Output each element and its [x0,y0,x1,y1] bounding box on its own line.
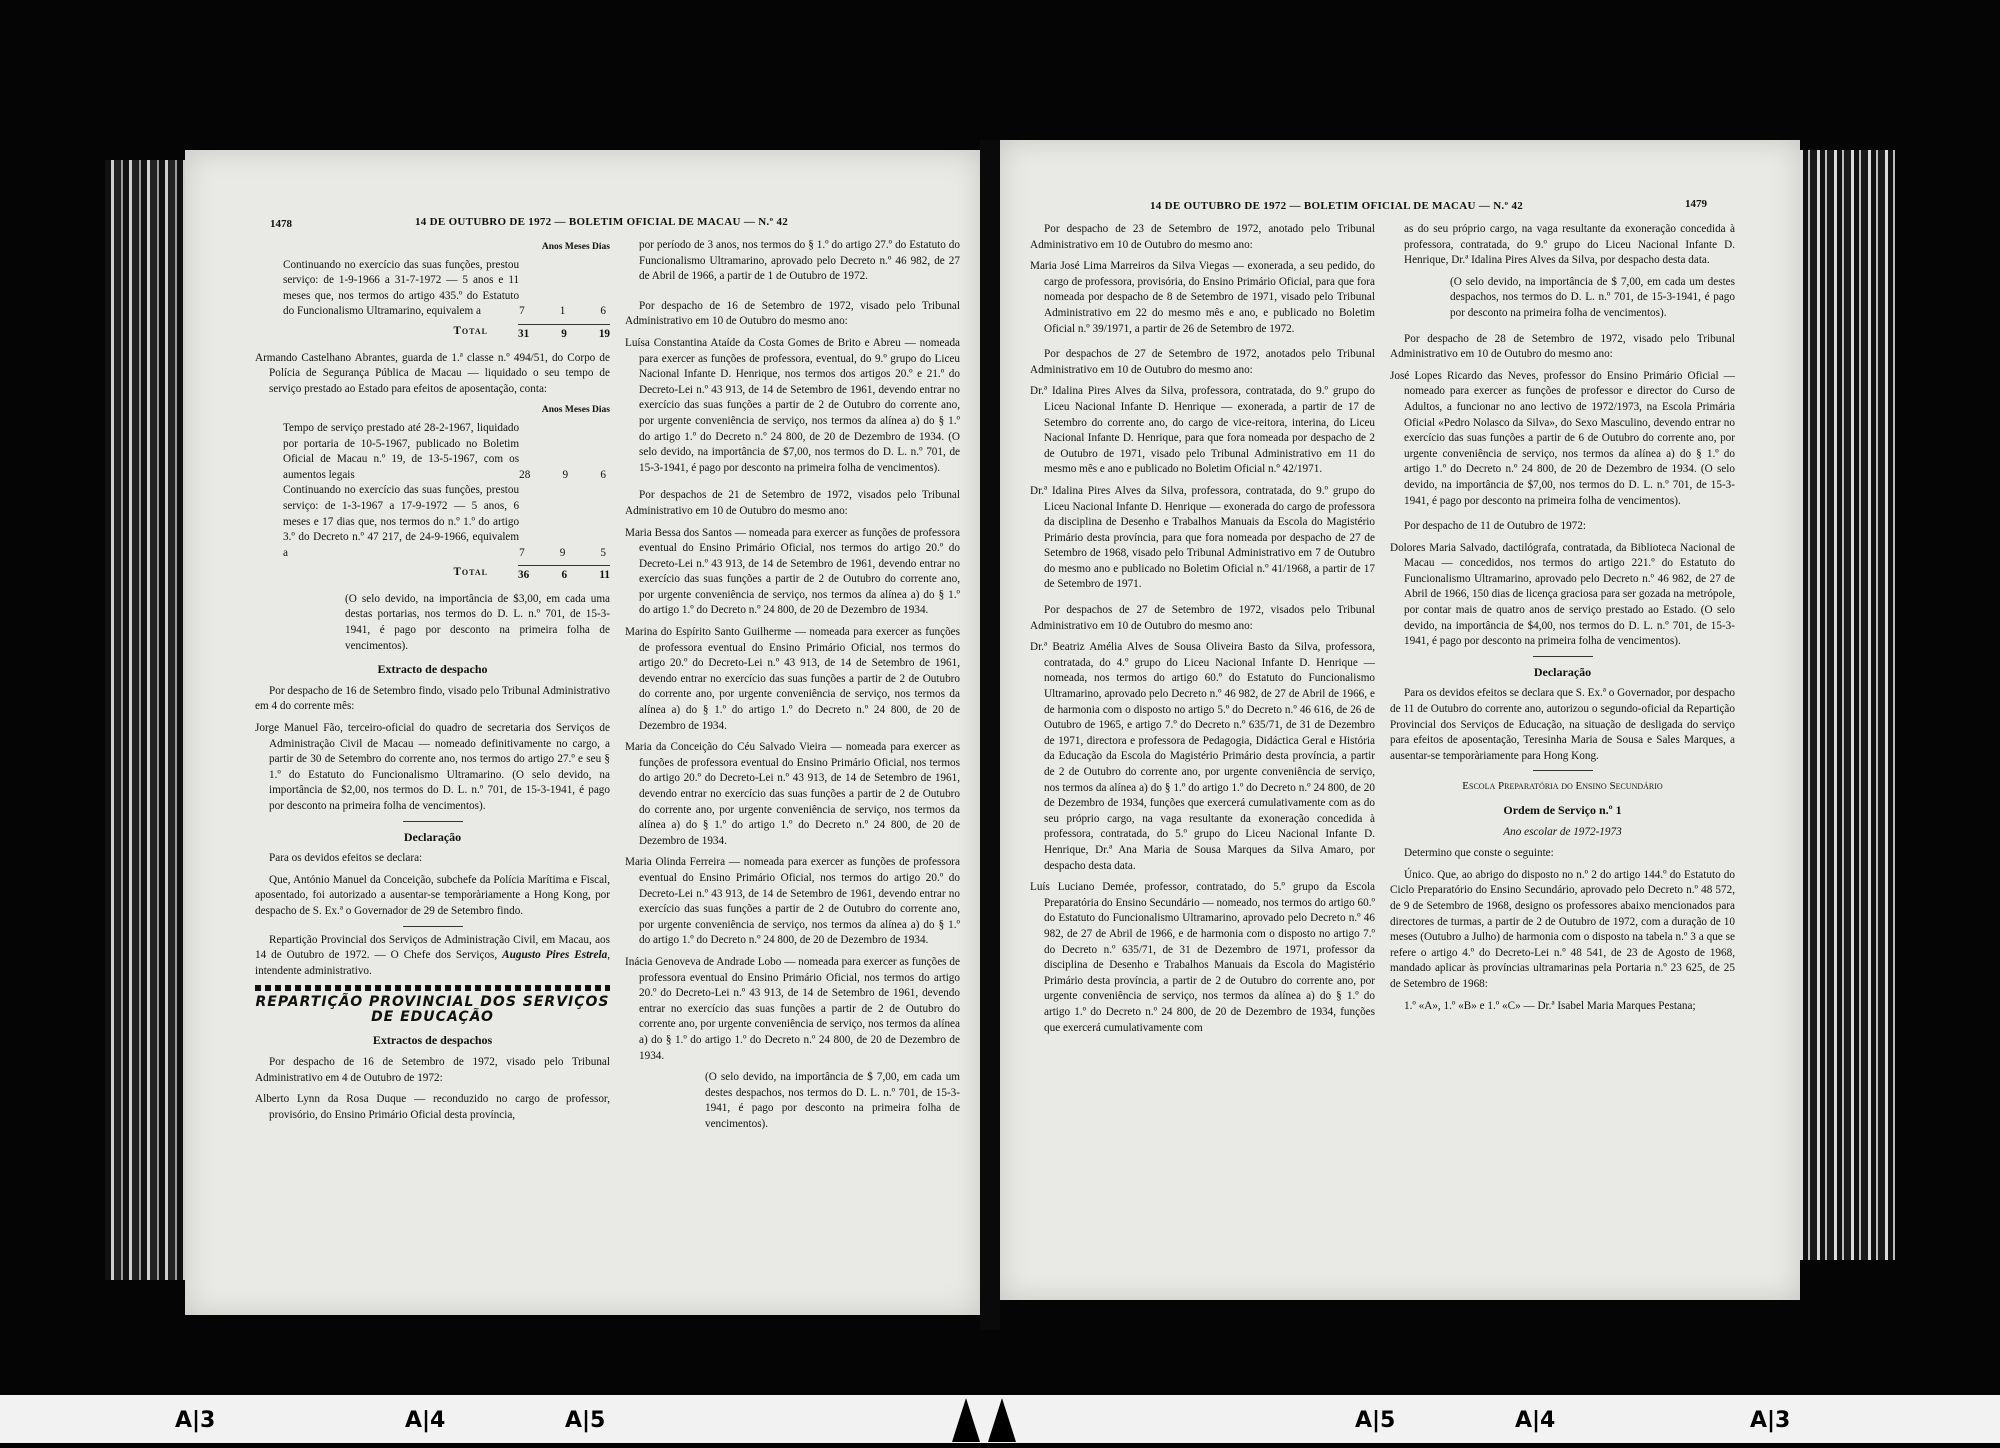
film-mark: A|4 [1515,1408,1555,1433]
section-heading: Declaração [255,830,610,846]
film-mark: A|3 [1750,1408,1790,1433]
entry-beatriz: Dr.ª Beatriz Amélia Alves de Sousa Olive… [1030,640,1375,874]
running-head: 14 DE OUTUBRO DE 1972 — BOLETIM OFICIAL … [1150,200,1523,212]
film-mark: A|5 [1355,1408,1395,1433]
school-heading: Escola Preparatória do Ensino Secundário [1390,779,1735,795]
table-header: Anos Meses Dias [255,403,610,419]
entry-luisa: Luísa Constantina Ataíde da Costa Gomes … [625,336,960,476]
film-mark: A|3 [175,1408,215,1433]
book-edge-left [105,160,185,1280]
selo-note: (O selo devido, na importância de $ 7,00… [1390,275,1735,322]
entry-dolores: Dolores Maria Salvado, dactilógrafa, con… [1390,541,1735,650]
page-number: 1478 [270,218,292,230]
left-page-column-1: Anos Meses Dias Continuando no exercício… [255,238,610,1129]
selo-note: (O selo devido, na importância de $ 7,00… [625,1070,960,1132]
section-heading: Extracto de despacho [255,662,610,678]
department-heading: REPARTIÇÃO PROVINCIAL DOS SERVIÇOSDE EDU… [255,995,610,1025]
film-mark: A|5 [565,1408,605,1433]
left-page-column-2: por período de 3 anos, nos termos do § 1… [625,238,960,1138]
entry-idalina-2: Dr.ª Idalina Pires Alves da Silva, profe… [1030,484,1375,593]
order-heading: Ordem de Serviço n.º 1 [1390,803,1735,819]
service-row: Continuando no exercício das suas funçõe… [255,483,610,561]
total-row: Total 31919 [255,324,610,343]
class-assignment: 1.º «A», 1.º «B» e 1.º «C» — Dr.ª Isabel… [1390,999,1735,1015]
book-edge-right [1800,150,1895,1260]
signature-block: Repartição Provincial dos Serviços de Ad… [255,933,610,980]
entry-alberto: Alberto Lynn da Rosa Duque — reconduzido… [255,1092,610,1123]
section-heading: Declaração [1390,665,1735,681]
entry-inacia: Inácia Genoveva de Andrade Lobo — nomead… [625,955,960,1064]
film-mark: A|4 [405,1408,445,1433]
film-alignment-marker [952,1398,980,1442]
right-page: 14 DE OUTUBRO DE 1972 — BOLETIM OFICIAL … [1000,140,1800,1300]
film-alignment-marker [988,1398,1016,1442]
school-year: Ano escolar de 1972-1973 [1390,825,1735,841]
service-row: Continuando no exercício das suas funçõe… [255,258,610,320]
running-head: 14 DE OUTUBRO DE 1972 — BOLETIM OFICIAL … [415,216,788,228]
service-row: Tempo de serviço prestado até 28-2-1967,… [255,421,610,483]
entry-maria-jose: Maria José Lima Marreiros da Silva Viega… [1030,259,1375,337]
page-number: 1479 [1685,198,1707,210]
entry-armando: Armando Castelhano Abrantes, guarda de 1… [255,351,610,398]
ornamental-divider [255,985,610,991]
entry-maria-olinda: Maria Olinda Ferreira — nomeada para exe… [625,855,960,949]
left-page: 1478 14 DE OUTUBRO DE 1972 — BOLETIM OFI… [185,150,980,1315]
total-row: Total 36611 [255,565,610,584]
entry-maria-bessa: Maria Bessa dos Santos — nomeada para ex… [625,526,960,620]
entry-jose: José Lopes Ricardo das Neves, professor … [1390,369,1735,509]
entry-jorge: Jorge Manuel Fão, terceiro-oficial do qu… [255,721,610,815]
selo-note: (O selo devido, na importância de $3,00,… [255,592,610,654]
entry-maria-ceu: Maria da Conceição do Céu Salvado Vieira… [625,740,960,849]
section-heading: Extractos de despachos [255,1033,610,1049]
right-page-column-2: as do seu próprio cargo, na vaga resulta… [1390,222,1735,1020]
table-header: Anos Meses Dias [255,240,610,256]
book-gutter [980,140,1000,1330]
entry-idalina-1: Dr.ª Idalina Pires Alves da Silva, profe… [1030,384,1375,478]
entry-marina: Marina do Espírito Santo Guilherme — nom… [625,625,960,734]
right-page-column-1: Por despacho de 23 de Setembro de 1972, … [1030,222,1375,1042]
entry-luis: Luís Luciano Demée, professor, contratad… [1030,880,1375,1036]
